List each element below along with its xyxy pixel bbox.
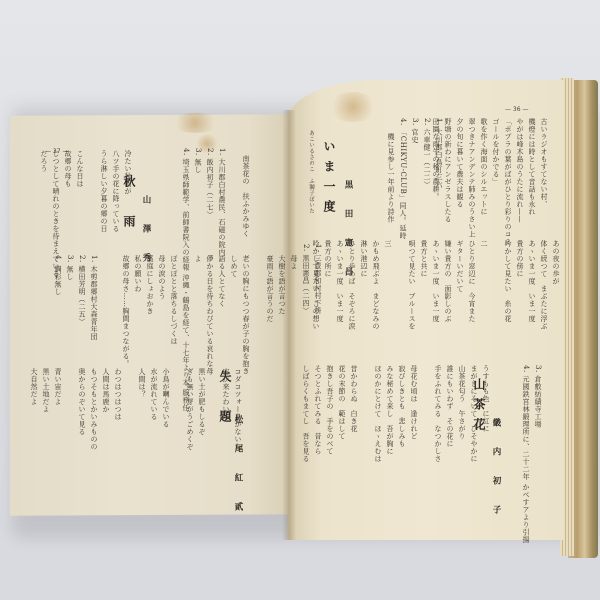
right-page-number: — 36 — — [505, 106, 528, 113]
text-line: 翠つきナアンデンテ肺みのうさい上 — [466, 118, 478, 248]
text-line: 3. 倉敷紡績寺工場 — [532, 365, 544, 525]
text-line: ひとり歩めば そぞろに涙 — [346, 240, 358, 350]
text-line: 豪雨と語が言うのだ — [264, 255, 276, 385]
text-line: 1. 大川郡白鳥町三六 — [433, 118, 445, 238]
text-line: 二 — [478, 240, 490, 350]
text-line — [64, 368, 76, 478]
notes-header: 南茶花の 扶ふかみゆく — [240, 155, 252, 238]
text-line: 私の願いわ — [132, 255, 144, 385]
text-line: 儚かる日を待ちわびている哀れな母 — [204, 255, 216, 385]
text-line: 2. 六車健一（二二） — [421, 118, 433, 238]
text-line: あゝいま一度 いま一度 — [334, 240, 346, 350]
notes-block: 1. 三豊郡和村村下枡2. 黒田憲昌（二四） — [300, 244, 324, 334]
text-line: 嫌い貴方の 面影しのぶ — [442, 240, 454, 350]
text-line: 母の涙のよう — [156, 255, 168, 385]
poem-subtitle: あこいるさのこ ふ獅子ぼいた — [305, 130, 317, 214]
text-line: もつそもとかいみものの — [88, 368, 100, 478]
notes-block: 3. 倉敷紡績寺工場4. 元國鉄宮林鍛理所に、二十二年 かべすアより引揚 — [520, 365, 544, 525]
text-line: しめて — [228, 255, 240, 385]
text-line — [172, 368, 184, 478]
text-line: かもめ飛ぶよ まどなみの — [370, 240, 382, 350]
text-line: 小鳥が囀んでいる — [160, 368, 172, 478]
text-line: 古いラジオもすてない村、 — [538, 118, 550, 248]
text-line: 3. 無し — [64, 255, 76, 355]
text-line: 大自然だよ — [28, 368, 40, 478]
text-line: ほのかにとけて ほゝえむは — [372, 365, 384, 480]
text-line: 山茶花匂う 午さがり — [456, 365, 468, 480]
text-line: ひとり窓辺に 今宵また — [466, 240, 478, 350]
text-line: 歌を作く海面のシルエットに — [478, 118, 490, 248]
poem-body: あの夜の歩が体く続つて まぶたに浮ぶあゝいま一度 いま一度貴方の傍に吟かして見た… — [310, 240, 562, 350]
text-line: 藁庭にしょおかき — [144, 255, 156, 385]
text-line: 寂びしきとも 悲しみも — [396, 365, 408, 480]
text-line: 機に見参し一年前より詩作 — [385, 118, 397, 238]
text-line: しばらくもまてし 吾を見る — [300, 365, 312, 480]
text-line: 昔かわらぬ 白き花 — [348, 365, 360, 480]
text-line: 宙が来たわい — [220, 368, 232, 478]
text-line — [420, 365, 432, 480]
text-line: ギターいだいて — [454, 240, 466, 350]
notes-block: 1. 木剪郡郷村大森青年団2. 横田芳明（二五）3. 無し4. 鋼彩無し — [52, 255, 100, 355]
text-line: コダコツォー鳥がないた — [232, 368, 244, 478]
text-line: 抱きし吾子の 手をのべて — [324, 365, 336, 480]
poem-title: いま一度 — [322, 140, 336, 220]
text-line — [360, 365, 372, 480]
text-line: 黒い土地だよ — [40, 368, 52, 478]
text-line: 母よ — [288, 255, 300, 385]
text-line: ぎも無い芽がうごめくぞ — [184, 368, 196, 478]
text-line: 4. 鋼彩無し — [52, 255, 64, 355]
text-line: 貴方と共に — [418, 240, 430, 350]
text-line: うすもも色 に紅に — [480, 365, 492, 480]
text-line: 三 — [382, 240, 394, 350]
text-line: 夕の旬に暮いて農夫は観る — [454, 118, 466, 248]
text-line — [490, 240, 502, 350]
text-line: あの夜の歩が — [550, 240, 562, 350]
text-line: だろう — [38, 150, 50, 280]
text-line — [394, 240, 406, 350]
text-line: 誰にもいわず その花に — [444, 365, 456, 480]
text-line: 「ポプラの葉がばがひとり彩りのコミ — [502, 118, 514, 248]
text-line: ぽとぽとと落ちるしづくは — [168, 255, 180, 385]
text-line: 4. 「CHIKYU‐CLUB」同人。延時 — [397, 118, 409, 238]
text-line: 機燈には時として音話も永れ — [526, 118, 538, 248]
text-line: 体く続つて まぶたに浮ぶ — [538, 240, 550, 350]
text-line: ゴールを付かでる」 — [490, 118, 502, 248]
poem-body: 古いラジオもすてない村、機燈には時として音話も永れやがは峰木島のうたに流れ——「… — [430, 118, 550, 248]
text-line: 語る人とてなく — [216, 255, 228, 385]
text-line: 淋い港辺に — [358, 240, 370, 350]
paper-stain — [170, 113, 220, 133]
notes-block: 1. 大川郡白鳥町三六2. 六車健一（二二）3. 官史4. 「CHIKYU‐CL… — [385, 118, 445, 238]
paper-stain — [328, 92, 378, 122]
text-line: そつとふれてみる 昔なら — [312, 365, 324, 480]
poem-body: 母よ大樹を語が言つた豪雨と語が言うのだ 老いの胸にもつつ春が子の胸を抱きしめて語… — [120, 255, 300, 385]
text-line: 故郷の母さ……胸間まつながる。 — [120, 255, 132, 385]
text-line: 青い宙だよ — [52, 368, 64, 478]
poem-body: うすもも色 に紅にまがきにそいて ひそやかに山茶花匂う 午さがり誰にもいわず そ… — [300, 365, 492, 480]
text-line: やがは峰木島のうたに流れ—— — [514, 118, 526, 248]
text-line: 3. 官史 — [409, 118, 421, 238]
book-photo: — 37 — 南茶花の 扶ふかみゆく 1. 大川郡白村農民、石磁の院内2. 飯内… — [0, 0, 600, 600]
poem-body: コダコツォー鳥がないた宙が来たわい 黒い土が肥もしるぞぎも無い芽がうごめくぞ 小… — [28, 368, 244, 478]
text-line: 4. 元國鉄宮林鍛理所に、二十二年 かべすアより引揚 — [520, 365, 532, 525]
text-line: 水が流れている — [148, 368, 160, 478]
text-line: 吟かして見たい 糸の花 — [502, 240, 514, 350]
text-line: 黒い土が肥もしるぞ — [196, 368, 208, 478]
text-line: 人間は馬鹿か — [100, 368, 112, 478]
text-line: 奥からのぞいて見る — [76, 368, 88, 478]
text-line: 2. 横田芳明（二五） — [76, 255, 88, 355]
text-line: 手をふれてみる なつかしさ — [432, 365, 444, 480]
text-line — [180, 255, 192, 385]
text-line: あゝいま一度 いま一度 — [430, 240, 442, 350]
text-line: みな秘めて来し 吾が胸に — [384, 365, 396, 480]
text-line: 貴方の傍に — [514, 240, 526, 350]
text-line: 大樹を語が言つた — [276, 255, 288, 385]
text-line — [252, 255, 264, 385]
text-line — [124, 368, 136, 478]
text-line: 花の末節の 範はして — [336, 365, 348, 480]
text-line: 母花む頃は 逢けれど — [408, 365, 420, 480]
text-line: まがきにそいて ひそやかに — [468, 365, 480, 480]
text-line — [208, 368, 220, 478]
text-line: あゝいま一度 いま一度 — [526, 240, 538, 350]
text-line: わつはつはつは — [112, 368, 124, 478]
text-line: 1. 木剪郡郷村大森青年団 — [88, 255, 100, 355]
text-line: 人間は？ — [136, 368, 148, 478]
text-line: よ — [192, 255, 204, 385]
text-line: 老いの胸にもつつ春が子の胸を抱き — [240, 255, 252, 385]
text-line: 2. 黒田憲昌（二四） — [300, 244, 312, 334]
text-line: 唄つて見たい ブルースを — [406, 240, 418, 350]
text-line: 1. 三豊郡和村村下枡 — [312, 244, 324, 334]
